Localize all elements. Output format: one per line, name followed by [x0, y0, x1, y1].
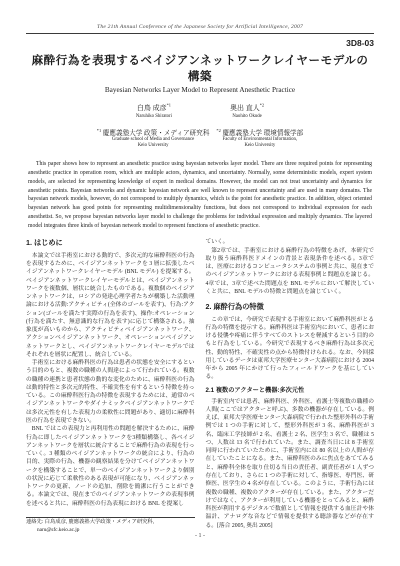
section-2-heading: 2. 麻酔行為の特徴 — [206, 302, 375, 312]
right-column-paragraph-2: この章では、今研究で表現する手術室において麻酔科医がとる行為の特徴を提示する。麻… — [206, 316, 375, 382]
page-number: - 1 - — [0, 533, 400, 539]
affiliation-1-english-line2: Keio University — [97, 143, 210, 149]
right-column-paragraph-3: 手術室内では患者、麻酔科医、外科医、看護士等複数の職種の人間(ここではアクターと… — [206, 398, 375, 530]
author-1-name-english: Naruhiko Shiratori — [136, 114, 172, 119]
author-2: 奥出 直人*2 Naohito Okude — [230, 103, 264, 119]
two-column-body: 1. はじめに 本論文では手術室における動的で、多次元的な麻酔科医の行為を表現す… — [26, 238, 374, 534]
paper-title-japanese: 麻酔行為を表現するベイジアンネットワークレイヤーモデルの構築 — [26, 52, 374, 84]
affiliation-2-english-line2: Keio University — [216, 143, 303, 149]
paper-title-english: Bayesian Networks Layer Model to Represe… — [26, 86, 374, 94]
affiliation-1-marker: *1 — [97, 128, 101, 133]
affiliation-2-name: 慶應義塾大学 環境情報学部 — [222, 130, 303, 137]
footnote-rule — [26, 517, 195, 518]
author-1-affiliation-marker: *1 — [167, 103, 171, 108]
conference-header: The 21th Annual Conference of the Japane… — [26, 24, 374, 30]
header-rule — [26, 33, 374, 34]
author-2-affiliation-marker: *2 — [260, 103, 264, 108]
section-1-heading: 1. はじめに — [26, 238, 195, 248]
affiliation-2: *2 慶應義塾大学 環境情報学部 Faculty of Environmenta… — [216, 127, 303, 149]
paper-id: 3D8-03 — [26, 38, 374, 48]
right-column-continuation: ていく。 — [206, 238, 375, 246]
affiliation-2-japanese: *2 慶應義塾大学 環境情報学部 — [216, 127, 303, 137]
left-column-paragraph-2: 手術室における麻酔科医の行為は患者の状態を安全にするという目的のもと、複数の職種… — [26, 359, 195, 425]
right-column: ていく。 第2章では、手術室における麻酔行為の特徴をあげ、本研究で取り扱う麻酔科… — [206, 238, 375, 534]
author-1-name-japanese: 白鳥 成彦*1 — [136, 103, 172, 113]
author-2-name-english: Naohito Okude — [230, 114, 264, 119]
affiliation-1-name: 慶應義塾大学 政策・メディア研究科 — [103, 130, 210, 137]
author-2-name-japanese: 奥出 直人*2 — [230, 103, 264, 113]
paper-page: The 21th Annual Conference of the Japane… — [0, 0, 400, 566]
contact-address: 連絡先: 白鳥成彦, 慶應義塾大学政策・メディア研究科, — [26, 519, 195, 527]
author-1-name: 白鳥 成彦 — [137, 104, 167, 112]
author-1: 白鳥 成彦*1 Naruhiko Shiratori — [136, 103, 172, 119]
abstract-paragraph: This paper shows how to represent an ane… — [28, 160, 372, 230]
section-2-1-heading: 2.1 複数のアクターと機器:多次元性 — [206, 387, 375, 396]
affiliations-block: *1 慶應義塾大学 政策・メディア研究科 Graduate school of … — [26, 127, 374, 149]
affiliation-1-japanese: *1 慶應義塾大学 政策・メディア研究科 — [97, 127, 210, 137]
left-column: 1. はじめに 本論文では手術室における動的で、多次元的な麻酔科医の行為を表現す… — [26, 238, 195, 534]
right-column-paragraph-1: 第2章では、手術室における麻酔行為の特徴をあげ、本研究で取り扱う麻酔科医ドメイン… — [206, 247, 375, 297]
affiliation-1: *1 慶應義塾大学 政策・メディア研究科 Graduate school of … — [97, 127, 210, 149]
author-2-name: 奥出 直人 — [230, 104, 260, 112]
left-column-paragraph-1: 本論文では手術室における動的で、多次元的な麻酔科医の行為を表現するために、ベイジ… — [26, 252, 195, 359]
authors-block: 白鳥 成彦*1 Naruhiko Shiratori 奥出 直人*2 Naohi… — [26, 103, 374, 119]
left-column-paragraph-3: BNL ではこの表現力と再利用性の問題を解決するために、麻酔行為に即したベイジア… — [26, 425, 195, 508]
affiliation-2-marker: *2 — [216, 128, 220, 133]
